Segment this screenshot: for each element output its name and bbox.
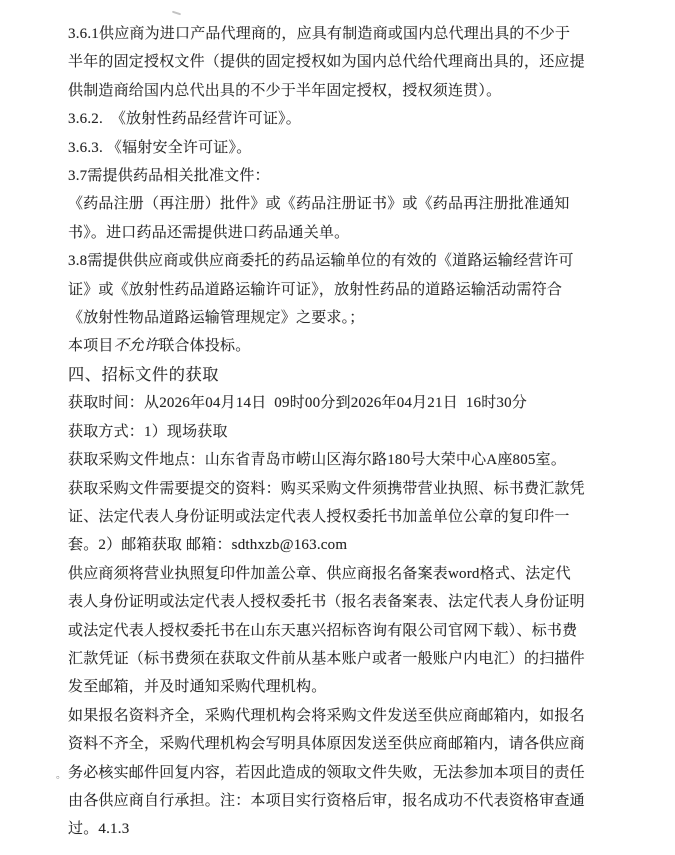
no-jv-emphasis-italic: 不允许 <box>114 338 160 354</box>
scan-smudge-artifact <box>172 11 181 16</box>
scanned-document-page: 3.6.1供应商为进口产品代理商的，应具有制造商或国内总代理出具的不少于半年的固… <box>0 0 675 855</box>
clause-3-8: 3.8需提供供应商或供应商委托的药品运输单位的有效的《道路运输经营许可证》或《放… <box>68 247 585 332</box>
drug-approval-documents: 《药品注册（再注册）批件》或《药品注册证书》或《药品再注册批准通知书》。进口药品… <box>68 190 585 247</box>
obtain-location-line: 获取采购文件地点：山东省青岛市崂山区海尔路180号大荣中心A座805室。 <box>68 446 585 474</box>
clause-3-7: 3.7需提供药品相关批准文件： <box>68 162 585 190</box>
stray-mark-artifact: 。 <box>56 766 66 781</box>
document-content: 3.6.1供应商为进口产品代理商的，应具有制造商或国内总代理出具的不少于半年的固… <box>68 20 585 844</box>
clause-3-6-3: 3.6.3. 《辐射安全许可证》。 <box>68 134 585 162</box>
section-4-heading: 四、招标文件的获取 <box>68 361 585 389</box>
clause-3-6-1: 3.6.1供应商为进口产品代理商的，应具有制造商或国内总代理出具的不少于半年的固… <box>68 20 585 105</box>
email-submission-paragraph: 供应商须将营业执照复印件加盖公章、供应商报名备案表word格式、法定代表人身份证… <box>68 560 585 702</box>
clause-3-6-2: 3.6.2. 《放射性药品经营许可证》。 <box>68 105 585 133</box>
no-joint-venture-note: 本项目不允许联合体投标。 <box>68 332 585 360</box>
obtain-method-line: 获取方式：1）现场获取 <box>68 418 585 446</box>
registration-note-paragraph: 如果报名资料齐全，采购代理机构会将采购文件发送至供应商邮箱内，如报名资料不齐全，… <box>68 702 585 844</box>
no-jv-prefix: 本项目 <box>68 338 114 354</box>
no-jv-suffix: 联合体投标。 <box>159 338 250 354</box>
obtain-time-line: 获取时间：从2026年04月14日 09时00分到2026年04月21日 16时… <box>68 389 585 417</box>
obtain-materials-paragraph: 获取采购文件需要提交的资料：购买采购文件须携带营业执照、标书费汇款凭证、法定代表… <box>68 475 585 560</box>
